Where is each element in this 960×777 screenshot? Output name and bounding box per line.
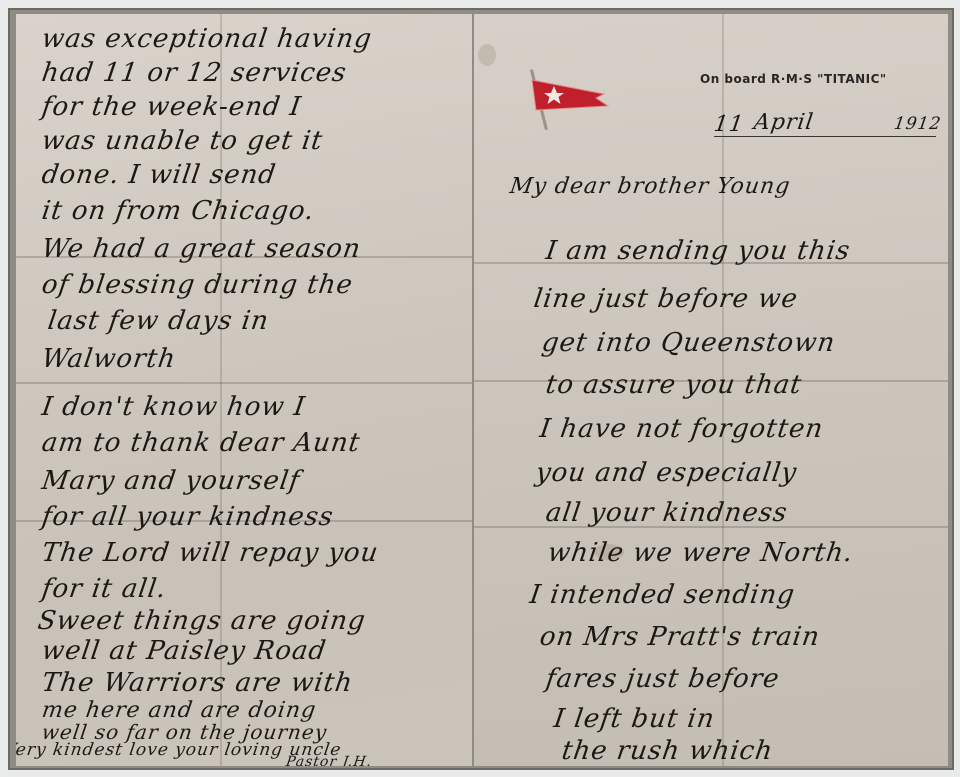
letter-line: to assure you that bbox=[544, 370, 804, 400]
letter-signature: Pastor J.H. bbox=[285, 754, 373, 766]
letter-line: done. I will send bbox=[40, 160, 278, 190]
letter-line: Walworth bbox=[40, 344, 178, 374]
date-day: 11 bbox=[712, 112, 746, 137]
letter-line: The Warriors are with bbox=[40, 668, 355, 698]
letter-line: am to thank dear Aunt bbox=[40, 428, 362, 458]
letter-line: Mary and yourself bbox=[40, 466, 302, 496]
letter-line: The Lord will repay you bbox=[40, 538, 381, 568]
letter-line: fares just before bbox=[544, 664, 782, 694]
letter-line: had 11 or 12 services bbox=[40, 58, 349, 88]
letter-line: for the week-end I bbox=[40, 92, 303, 122]
letter-line: all your kindness bbox=[544, 498, 790, 528]
letter-line: for it all. bbox=[40, 574, 169, 604]
letter-line: was unable to get it bbox=[40, 126, 325, 156]
letter-line: of blessing during the bbox=[40, 270, 355, 300]
letter-line: I left but in bbox=[552, 704, 717, 734]
letter-line: was exceptional having bbox=[40, 24, 374, 54]
letter-line: I don't know how I bbox=[40, 392, 308, 422]
letter-line: get into Queenstown bbox=[540, 328, 837, 358]
letter-line: while we were North. bbox=[546, 538, 855, 568]
salutation: My dear brother Young bbox=[508, 174, 792, 199]
letter-line: I intended sending bbox=[528, 580, 797, 610]
letter-line: it on from Chicago. bbox=[40, 196, 317, 226]
date-year: 1912 bbox=[893, 114, 943, 134]
letter-line: well at Paisley Road bbox=[40, 636, 328, 666]
letter-page-left: was exceptional having had 11 or 12 serv… bbox=[16, 14, 472, 766]
paper-stain bbox=[478, 44, 496, 66]
letter-line: you and especially bbox=[534, 458, 799, 488]
date-month: April bbox=[752, 110, 815, 135]
letter-line: I have not forgotten bbox=[538, 414, 825, 444]
letter-line: on Mrs Pratt's train bbox=[538, 622, 822, 652]
letter-line: last few days in bbox=[46, 306, 271, 336]
letter-line: line just before we bbox=[532, 284, 800, 314]
fold-crease bbox=[16, 382, 472, 384]
white-star-flag-icon bbox=[530, 76, 610, 116]
letterhead: On board R·M·S "TITANIC" bbox=[700, 72, 887, 86]
letter-line: for all your kindness bbox=[40, 502, 336, 532]
letter-line: I am sending you this bbox=[544, 236, 852, 266]
letter-line: the rush which bbox=[560, 736, 775, 766]
letter-line: We had a great season bbox=[40, 234, 363, 264]
letter-page-right: On board R·M·S "TITANIC" 11 April 1912 M… bbox=[474, 14, 948, 766]
letter-line: Sweet things are going bbox=[36, 606, 368, 636]
date-underline bbox=[714, 136, 936, 137]
